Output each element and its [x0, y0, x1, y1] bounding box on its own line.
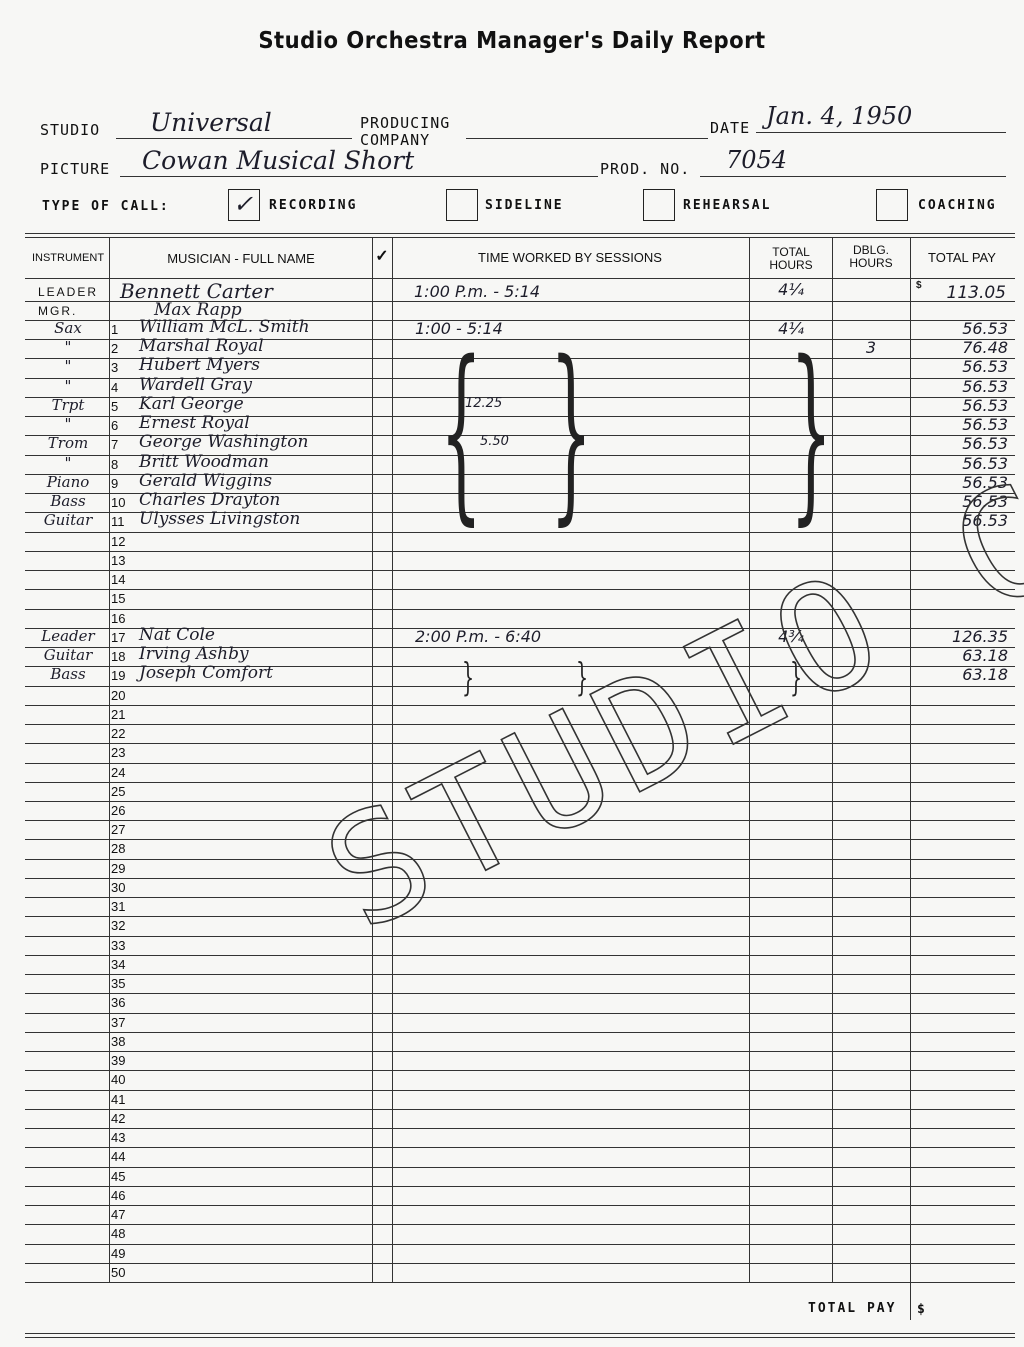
- row-musician-name[interactable]: Ernest Royal: [139, 413, 250, 433]
- row-musician-name[interactable]: George Washington: [139, 432, 308, 452]
- producing-company-label: PRODUCING COMPANY: [360, 115, 450, 149]
- picture-label: PICTURE: [40, 160, 110, 178]
- row-number: 14: [111, 572, 125, 587]
- row-instrument-label: Leader: [29, 627, 107, 645]
- row-number: 33: [111, 938, 125, 953]
- table-row[interactable]: 44: [25, 1147, 1015, 1166]
- row-number: 2: [111, 341, 118, 356]
- row-instrument-label: Guitar: [29, 511, 107, 529]
- table-top-rule: [25, 233, 1015, 234]
- date-field[interactable]: Jan. 4, 1950: [756, 108, 1006, 133]
- table-row[interactable]: 42: [25, 1109, 1015, 1128]
- row-musician-name[interactable]: Britt Woodman: [139, 452, 269, 472]
- footer-dollar-sign: $: [917, 1302, 927, 1317]
- row-instrument-label: Bass: [29, 665, 107, 683]
- row-musician-name[interactable]: Karl George: [139, 394, 244, 414]
- studio-label: STUDIO: [40, 121, 100, 139]
- table-row[interactable]: 31: [25, 897, 1015, 916]
- row-number: 19: [111, 668, 125, 683]
- row-number: 23: [111, 745, 125, 760]
- row-number: 4: [111, 380, 118, 395]
- table-row[interactable]: 33: [25, 936, 1015, 955]
- row-musician-name[interactable]: William McL. Smith: [139, 317, 310, 337]
- row-number: 18: [111, 649, 125, 664]
- time-start-brace-icon: {: [440, 342, 482, 522]
- col-divider-check: [392, 238, 393, 1282]
- row-number: 45: [111, 1169, 125, 1184]
- table-top-rule-2: [25, 237, 1015, 238]
- col-divider-total-pay: [910, 238, 911, 1320]
- row-instrument-label: ": [29, 377, 107, 395]
- row-number: 28: [111, 841, 125, 856]
- sideline-checkbox[interactable]: [446, 189, 478, 221]
- row-number: 41: [111, 1092, 125, 1107]
- row-number: 11: [111, 514, 125, 529]
- row-instrument-label: Trpt: [29, 396, 107, 414]
- row-number: 1: [111, 322, 118, 337]
- rehearsal-checkbox[interactable]: [643, 189, 675, 221]
- table-row[interactable]: 46: [25, 1186, 1015, 1205]
- row-musician-name[interactable]: Gerald Wiggins: [139, 471, 272, 491]
- row-number: 35: [111, 976, 125, 991]
- form-title: Studio Orchestra Manager's Daily Report: [41, 28, 983, 54]
- table-row[interactable]: 47: [25, 1205, 1015, 1224]
- table-row[interactable]: 39: [25, 1051, 1015, 1070]
- header-check: ✓: [372, 250, 392, 263]
- table-row[interactable]: 37: [25, 1013, 1015, 1032]
- row-number: 16: [111, 611, 125, 626]
- row-number: 24: [111, 765, 125, 780]
- row-time-worked[interactable]: 2:00 P.m. - 6:40: [415, 627, 541, 646]
- row-total-pay[interactable]: 76.48: [912, 338, 1008, 357]
- row-number: 6: [111, 418, 118, 433]
- row-number: 5: [111, 399, 118, 414]
- row-number: 37: [111, 1015, 125, 1030]
- row-number: 17: [111, 630, 125, 645]
- table-row[interactable]: 32: [25, 916, 1015, 935]
- hours-brace-icon: }: [790, 342, 832, 522]
- row-musician-name[interactable]: Joseph Comfort: [139, 663, 273, 683]
- time-end-brace-icon: }: [550, 342, 592, 522]
- col-divider-musician: [372, 238, 373, 1282]
- prod-no-value: 7054: [726, 146, 787, 174]
- row-number: 32: [111, 918, 125, 933]
- row-number: 10: [111, 495, 125, 510]
- bottom-rule: [25, 1333, 1015, 1334]
- row-instrument-label: Bass: [29, 492, 107, 510]
- leader-label: LEADER: [38, 285, 98, 299]
- row-number: 38: [111, 1034, 125, 1049]
- sideline-label: SIDELINE: [485, 198, 564, 213]
- table-row[interactable]: 35: [25, 974, 1015, 993]
- row-rule: [25, 1282, 1015, 1283]
- row-dblg-hours[interactable]: 3: [832, 338, 910, 357]
- row-number: 43: [111, 1130, 125, 1145]
- row-number: 8: [111, 457, 118, 472]
- header-total-hours-line2: HOURS: [750, 259, 832, 272]
- row-number: 22: [111, 726, 125, 741]
- row-total-pay[interactable]: 56.53: [912, 415, 1008, 434]
- row-number: 27: [111, 822, 125, 837]
- row-instrument-label: ": [29, 338, 107, 356]
- date-label: DATE: [710, 119, 750, 137]
- row-instrument-label: ": [29, 357, 107, 375]
- date-value: Jan. 4, 1950: [766, 102, 912, 130]
- col-divider-instrument: [109, 238, 110, 1282]
- bottom-rule-2: [25, 1337, 1015, 1338]
- row-number: 40: [111, 1072, 125, 1087]
- leader-pay[interactable]: 113.05: [912, 283, 1006, 303]
- row-total-pay[interactable]: 56.53: [912, 434, 1008, 453]
- header-total-pay: TOTAL PAY: [912, 251, 1012, 264]
- table-row[interactable]: 36: [25, 993, 1015, 1012]
- rehearsal-label: REHEARSAL: [683, 198, 771, 213]
- row-number: 49: [111, 1246, 125, 1261]
- row-number: 44: [111, 1149, 125, 1164]
- row-number: 48: [111, 1226, 125, 1241]
- row-number: 9: [111, 476, 118, 491]
- row-number: 26: [111, 803, 125, 818]
- recording-label: RECORDING: [269, 198, 357, 213]
- table-row[interactable]: 38: [25, 1032, 1015, 1051]
- row-number: 3: [111, 360, 118, 375]
- mgr-label: MGR.: [38, 304, 77, 318]
- producing-label: PRODUCING: [360, 115, 450, 132]
- row-musician-name[interactable]: Charles Drayton: [139, 490, 280, 510]
- row-number: 47: [111, 1207, 125, 1222]
- row-instrument-label: Piano: [29, 473, 107, 491]
- row-musician-name[interactable]: Ulysses Livingston: [139, 509, 300, 529]
- studio-value: Universal: [150, 108, 272, 137]
- row-number: 21: [111, 707, 125, 722]
- row-total-pay[interactable]: 56.53: [912, 377, 1008, 396]
- footer-total-pay-label: TOTAL PAY: [808, 1301, 896, 1316]
- table-row[interactable]: 49: [25, 1244, 1015, 1263]
- row-time-worked[interactable]: 5.50: [480, 434, 509, 449]
- header-instrument: INSTRUMENT: [28, 252, 108, 265]
- row-musician-name[interactable]: Nat Cole: [139, 625, 215, 645]
- row-musician-name[interactable]: Marshal Royal: [139, 336, 264, 356]
- picture-value: Cowan Musical Short: [142, 146, 414, 175]
- table-row[interactable]: 48: [25, 1224, 1015, 1243]
- row-total-pay[interactable]: 56.53: [912, 319, 1008, 338]
- row-musician-name[interactable]: Irving Ashby: [139, 644, 249, 664]
- row-number: 25: [111, 784, 125, 799]
- header-time: TIME WORKED BY SESSIONS: [392, 251, 748, 264]
- row-rule: [25, 278, 1015, 279]
- table-row[interactable]: 40: [25, 1070, 1015, 1089]
- row-number: 7: [111, 437, 118, 452]
- leader-time[interactable]: 1:00 P.m. - 5:14: [414, 282, 540, 301]
- row-number: 29: [111, 861, 125, 876]
- row-total-pay[interactable]: 56.53: [912, 357, 1008, 376]
- row-number: 36: [111, 995, 125, 1010]
- header-total-hours: TOTAL HOURS: [750, 246, 832, 272]
- header-musician: MUSICIAN - FULL NAME: [110, 252, 372, 265]
- row-number: 50: [111, 1265, 125, 1280]
- row-number: 30: [111, 880, 125, 895]
- row-musician-name[interactable]: Hubert Myers: [139, 355, 260, 375]
- type-of-call-label: TYPE OF CALL:: [42, 199, 170, 214]
- row-number: 20: [111, 688, 125, 703]
- row-instrument-label: Trom: [29, 434, 107, 452]
- row-number: 39: [111, 1053, 125, 1068]
- coaching-label: COACHING: [918, 198, 997, 213]
- prod-no-field[interactable]: 7054: [700, 150, 1006, 177]
- coaching-checkbox[interactable]: [876, 189, 908, 221]
- row-instrument-label: ": [29, 454, 107, 472]
- time-start-brace-2-icon: }: [462, 658, 474, 696]
- row-number: 46: [111, 1188, 125, 1203]
- row-number: 12: [111, 534, 125, 549]
- header-dblg-hours-line2: HOURS: [832, 257, 910, 270]
- row-instrument-label: Sax: [29, 319, 107, 337]
- row-number: 13: [111, 553, 125, 568]
- row-rule: [25, 301, 1015, 302]
- header-dblg-hours: DBLG. HOURS: [832, 244, 910, 270]
- row-instrument-label: Guitar: [29, 646, 107, 664]
- footer-total-pay-field[interactable]: [930, 1296, 1008, 1318]
- table-row[interactable]: 43: [25, 1128, 1015, 1147]
- producing-company-field[interactable]: [466, 112, 708, 139]
- table-row[interactable]: 41: [25, 1090, 1015, 1109]
- row-instrument-label: ": [29, 415, 107, 433]
- picture-field[interactable]: Cowan Musical Short: [120, 150, 598, 177]
- leader-hours[interactable]: 4¼: [750, 280, 832, 299]
- row-number: 34: [111, 957, 125, 972]
- row-number: 42: [111, 1111, 125, 1126]
- prod-no-label: PROD. NO.: [600, 160, 690, 178]
- recording-checkbox[interactable]: ✓: [228, 189, 260, 221]
- row-number: 15: [111, 591, 125, 606]
- table-row[interactable]: 45: [25, 1167, 1015, 1186]
- row-number: 31: [111, 899, 125, 914]
- table-row[interactable]: 50: [25, 1263, 1015, 1282]
- row-total-pay[interactable]: 56.53: [912, 396, 1008, 415]
- check-mark-icon: ✓: [233, 190, 253, 218]
- studio-field[interactable]: Universal: [116, 112, 352, 139]
- row-musician-name[interactable]: Wardell Gray: [139, 375, 252, 395]
- table-row[interactable]: 34: [25, 955, 1015, 974]
